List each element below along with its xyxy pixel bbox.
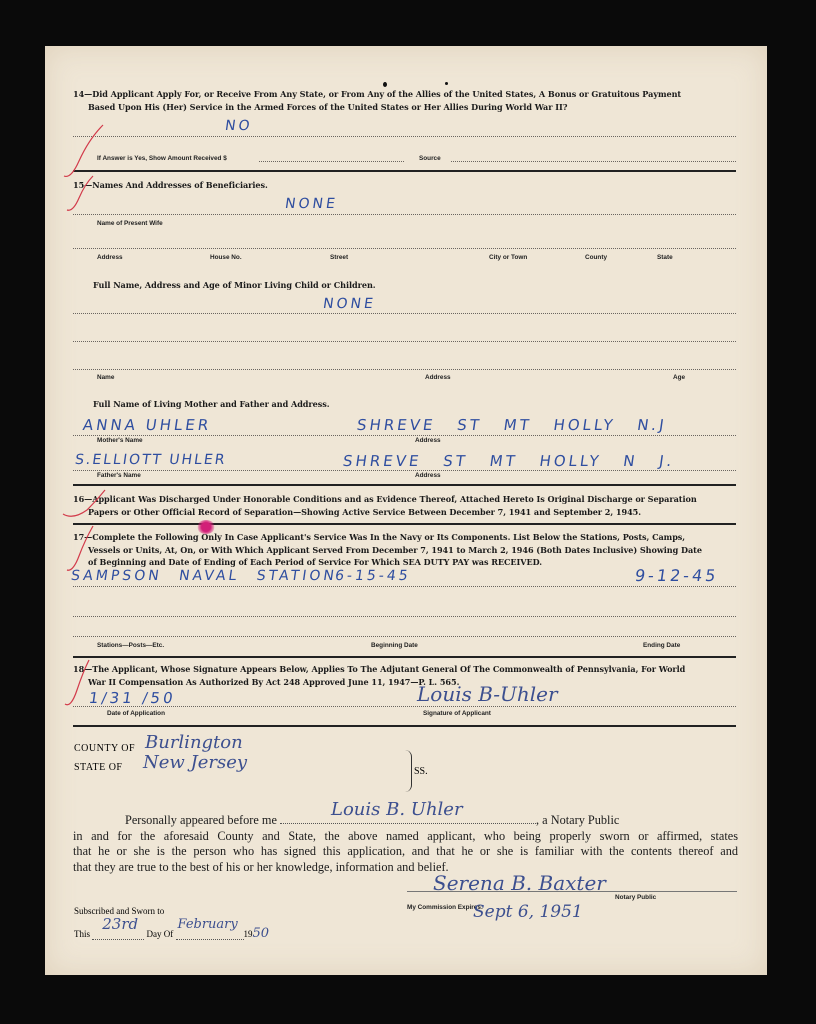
children-line-2 [73, 341, 736, 342]
father-name-label: Father's Name [97, 472, 141, 479]
station-value[interactable]: SAMPSON NAVAL STATION [70, 568, 338, 584]
signature-line [73, 706, 736, 707]
checkmark-icon [61, 658, 101, 708]
q16-statement: 16—Applicant Was Discharged Under Honora… [73, 493, 753, 518]
application-date[interactable]: 1/31 /50 [88, 689, 177, 707]
checkmark-icon [59, 486, 109, 526]
commission-value[interactable]: Sept 6, 1951 [473, 902, 583, 922]
signature-label: Signature of Applicant [423, 710, 491, 717]
mother-address-label: Address [415, 437, 441, 444]
station-line-1 [73, 586, 736, 587]
father-address[interactable]: SHREVE ST MT HOLLY N J. [342, 452, 676, 470]
children-line-1 [73, 313, 736, 314]
year-value[interactable]: 50 [253, 926, 270, 941]
father-name[interactable]: S.ELLIOTT UHLER [74, 452, 228, 468]
col-street: Street [330, 254, 348, 261]
mother-address[interactable]: SHREVE ST MT HOLLY N.J [356, 416, 668, 434]
parents-title: Full Name of Living Mother and Father an… [93, 398, 330, 411]
mother-name[interactable]: ANNA UHLER [82, 416, 213, 434]
notary-signature-line [407, 891, 737, 892]
source-label: Source [419, 155, 441, 162]
applicant-signature[interactable]: Louis B-Uhler [417, 682, 558, 706]
col-address: Address [97, 254, 123, 261]
col-child-address: Address [425, 374, 451, 381]
q14-question: 14—Did Applicant Apply For, or Receive F… [73, 88, 753, 113]
month-value[interactable]: February [178, 917, 238, 932]
county-label: COUNTY OF [74, 743, 135, 754]
section-divider [73, 523, 736, 525]
mother-name-label: Mother's Name [97, 437, 143, 444]
col-begin-date: Beginning Date [371, 642, 418, 649]
state-label: STATE OF [74, 762, 122, 773]
col-state: State [657, 254, 673, 261]
q18-statement: 18—The Applicant, Whose Signature Appear… [73, 663, 753, 688]
punch-mark [445, 82, 448, 85]
source-field[interactable] [451, 161, 736, 162]
father-line [73, 470, 736, 471]
punch-mark [383, 82, 387, 87]
father-address-label: Address [415, 472, 441, 479]
station-line-2 [73, 616, 736, 617]
amount-field[interactable] [259, 161, 404, 162]
checkmark-icon [63, 174, 103, 214]
section-divider [73, 170, 736, 172]
col-house-no: House No. [210, 254, 242, 261]
section-divider [73, 725, 736, 727]
county-value[interactable]: Burlington [145, 732, 243, 753]
ss-label: SS. [414, 766, 428, 777]
wife-line [73, 214, 736, 215]
col-stations: Stations—Posts—Etc. [97, 642, 164, 649]
address-line [73, 248, 736, 249]
col-city: City or Town [489, 254, 527, 261]
q14-answer[interactable]: NO [224, 118, 254, 134]
mother-line [73, 435, 736, 436]
ss-brace [405, 750, 412, 792]
appeared-name[interactable]: Louis B. Uhler [331, 802, 463, 818]
children-value[interactable]: NONE [322, 296, 377, 312]
notary-label: Notary Public [615, 894, 656, 901]
day-value[interactable]: 23rd [102, 915, 138, 933]
checkmark-icon [63, 524, 103, 574]
children-title: Full Name, Address and Age of Minor Livi… [93, 279, 376, 292]
notary-statement: Personally appeared before me , a Notary… [73, 812, 738, 875]
col-county: County [585, 254, 607, 261]
sworn-date: This 23rd Day Of February 1950 [74, 926, 269, 941]
wife-label: Name of Present Wife [97, 220, 163, 227]
commission-label: My Commission Expires: [407, 904, 483, 911]
wife-value[interactable]: NONE [284, 196, 339, 212]
application-date-label: Date of Application [107, 710, 165, 717]
q14-answer-line [73, 136, 736, 137]
col-end-date: Ending Date [643, 642, 680, 649]
checkmark-icon [59, 121, 109, 181]
section-divider [73, 484, 736, 486]
section-divider [73, 656, 736, 658]
state-value[interactable]: New Jersey [143, 752, 247, 773]
children-line-3 [73, 369, 736, 370]
form-page: 14—Did Applicant Apply For, or Receive F… [45, 46, 767, 975]
q17-instructions: 17—Complete the Following Only In Case A… [73, 531, 753, 569]
col-age: Age [673, 374, 685, 381]
amount-label: If Answer is Yes, Show Amount Received $ [97, 155, 227, 162]
end-date-value[interactable]: 9-12-45 [634, 566, 720, 585]
ink-stain [197, 520, 215, 534]
begin-date-value[interactable]: 6-15-45 [334, 568, 412, 584]
col-name: Name [97, 374, 114, 381]
station-line-3 [73, 636, 736, 637]
